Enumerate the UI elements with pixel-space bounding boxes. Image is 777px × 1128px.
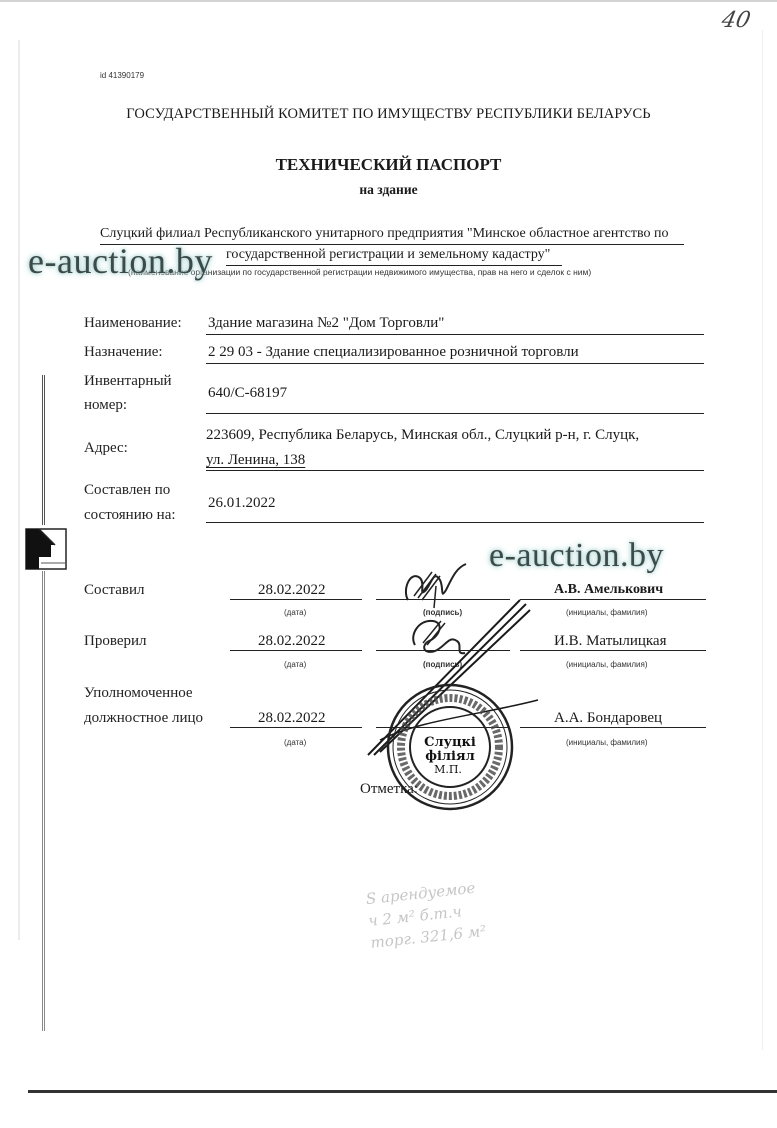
field-underline-inventory: [206, 413, 704, 414]
organization-line-2: государственной регистрации и земельному…: [226, 247, 550, 263]
binder-clip-icon: [25, 527, 67, 571]
field-label-address: Адрес:: [84, 440, 128, 457]
caption-name: (инициалы, фамилия): [566, 738, 648, 747]
field-label-inventory-2: номер:: [84, 397, 127, 414]
field-underline-name: [206, 334, 704, 335]
field-value-as-of: 26.01.2022: [208, 495, 276, 512]
signer-name-compiled: А.В. Амелькович: [554, 582, 663, 598]
margin-bracket: [42, 375, 45, 1035]
document-subtitle: на здание: [0, 182, 777, 198]
name-line: [520, 599, 706, 600]
document-title: ТЕХНИЧЕСКИЙ ПАСПОРТ: [0, 155, 777, 175]
field-underline-as-of: [206, 522, 704, 523]
signer-date-compiled: 28.02.2022: [258, 582, 326, 599]
stamp-text-1: Слуцкі: [424, 735, 476, 750]
watermark: e-auction.by: [28, 240, 213, 282]
caption-date: (дата): [284, 738, 306, 747]
field-label-inventory-1: Инвентарный: [84, 373, 172, 390]
field-label-as-of-2: состоянию на:: [84, 507, 176, 524]
caption-date: (дата): [284, 608, 306, 617]
field-value-name: Здание магазина №2 "Дом Торговли": [208, 315, 444, 332]
signer-date-authorized: 28.02.2022: [258, 710, 326, 727]
caption-date: (дата): [284, 660, 306, 669]
signer-role-authorized-1: Уполномоченное: [84, 685, 193, 702]
caption-name: (инициалы, фамилия): [566, 608, 648, 617]
field-underline-address: [206, 470, 704, 471]
watermark-2: e-auction.by: [489, 537, 664, 575]
scan-top-border: [0, 0, 777, 2]
pencil-note: S арендуемое ч 2 м² б.т.ч торг. 321,6 м²: [365, 876, 487, 954]
stamp-text-2: філіял: [425, 749, 475, 764]
page-number: 40: [719, 8, 752, 33]
field-value-inventory: 640/С-68197: [208, 385, 287, 402]
scan-left-edge: [18, 40, 20, 940]
caption-name: (инициалы, фамилия): [566, 660, 648, 669]
date-line: [230, 650, 362, 651]
signer-role-authorized-2: должностное лицо: [84, 710, 203, 727]
signer-name-authorized: А.А. Бондаровец: [554, 710, 662, 727]
signer-date-checked: 28.02.2022: [258, 633, 326, 650]
signer-name-checked: И.В. Матылицкая: [554, 633, 667, 650]
bottom-rule: [28, 1090, 777, 1093]
field-value-address-1: 223609, Республика Беларусь, Минская обл…: [206, 427, 639, 444]
date-line: [230, 727, 362, 728]
name-line: [520, 650, 706, 651]
document-id: id 41390179: [100, 71, 144, 80]
signer-role-compiled: Составил: [84, 582, 145, 599]
field-underline-purpose: [206, 363, 704, 364]
name-line: [520, 727, 706, 728]
committee-heading: ГОСУДАРСТВЕННЫЙ КОМИТЕТ ПО ИМУЩЕСТВУ РЕС…: [0, 106, 777, 123]
marks-label: Отметка:: [360, 781, 418, 798]
field-value-purpose: 2 29 03 - Здание специализированное розн…: [208, 344, 579, 361]
organization-underline-2: [226, 265, 562, 266]
field-value-address-2: ул. Ленина, 138: [206, 452, 305, 469]
field-label-purpose: Назначение:: [84, 344, 163, 361]
field-label-as-of-1: Составлен по: [84, 482, 170, 499]
field-label-name: Наименование:: [84, 315, 182, 332]
stamp-text-3: М.П.: [434, 763, 462, 776]
date-line: [230, 599, 362, 600]
signer-role-checked: Проверил: [84, 633, 147, 650]
